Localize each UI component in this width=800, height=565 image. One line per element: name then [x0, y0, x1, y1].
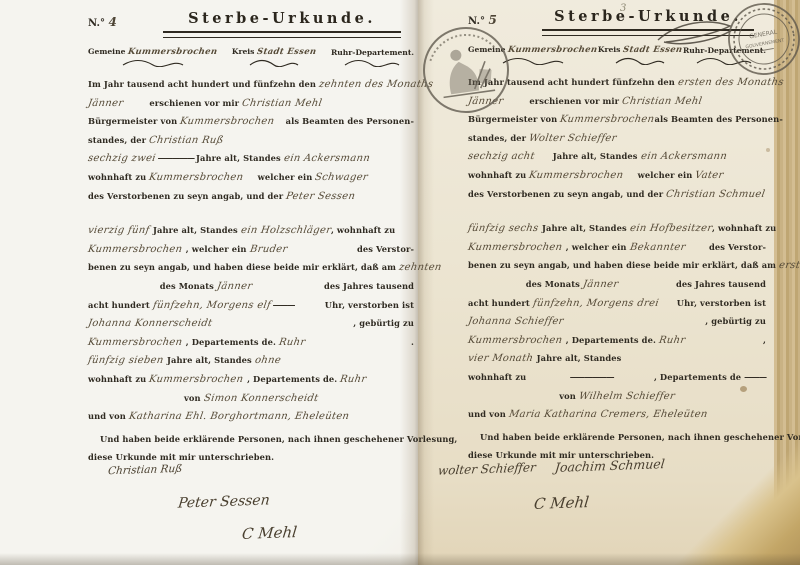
handwritten-entry: Ruhr — [658, 335, 686, 346]
form-line: Kummersbrochen , Departements de. Ruhr, — [468, 335, 766, 354]
squiggle-ornament — [248, 59, 300, 67]
handwritten-entry: ein Ackersmann — [283, 153, 371, 164]
blank-rule: ——— — [744, 372, 766, 382]
printed-text: und von — [468, 409, 509, 419]
form-line: benen zu seyn angab, und haben diese bei… — [88, 262, 414, 281]
handwritten-entry: sechzig acht — [467, 151, 536, 162]
form-line: des Monats Jännerdes Jahres tausend — [468, 279, 766, 298]
printed-text: als Beamten des Personen- — [286, 116, 414, 126]
blank-rule: ——— — [271, 300, 297, 310]
handwritten-entry: ein Ackersmann — [640, 151, 728, 162]
handwritten-entry: Wilhelm Schieffer — [578, 391, 676, 402]
right-page-content: N.° 5 Sterbe-Urkunde. Gemeine Kummersbro… — [468, 8, 766, 469]
handwritten-entry: Bekannter — [629, 242, 686, 253]
handwritten-entry: fünfzig sieben — [87, 355, 168, 366]
printed-text: welcher ein — [258, 172, 316, 182]
handwritten-entry: Christian Mehl — [241, 98, 323, 109]
signature-mayor: C Mehl — [533, 493, 590, 513]
printed-text: des Jahres tausend — [324, 281, 414, 291]
form-line: von Simon Konnerscheidt — [88, 393, 414, 412]
corner-page-number: 3 — [620, 3, 626, 14]
form-line: Kummersbrochen , welcher ein Bekannterde… — [468, 242, 766, 261]
form-line: fünfzig sechs Jahre alt, Standes ein Hof… — [468, 223, 766, 242]
form-line: standes, der Wolter Schieffer — [468, 133, 766, 152]
form-line: und von Katharina Ehl. Borghortmann, Ehe… — [88, 411, 414, 430]
form-line: standes, der Christian Ruß — [88, 135, 414, 154]
handwritten-entry: zehnten — [398, 262, 442, 273]
handwritten-entry: vier Monath — [467, 353, 537, 364]
handwritten-entry: Jänner — [87, 98, 124, 109]
handwritten-entry: Kummersbrochen — [559, 114, 655, 125]
printed-text: acht hundert — [468, 298, 533, 308]
handwritten-entry: sechzig zwei — [87, 153, 156, 164]
printed-text: des Monats — [160, 281, 217, 291]
form-line: Kummersbrochen , welcher ein Bruderdes V… — [88, 244, 414, 263]
printed-text: wohnhaft zu — [468, 372, 529, 382]
handwritten-entry: Christian Ruß — [148, 135, 224, 146]
printed-text: Jahre alt, Standes — [153, 225, 241, 235]
printed-text: , Departements de. — [186, 337, 279, 347]
form-line: Im Jahr tausend acht hundert und fünfzeh… — [88, 79, 414, 98]
kreis-label: Kreis — [232, 47, 255, 56]
form-line: wohnhaft zu ——————, Departements de ——— — [468, 372, 766, 391]
printed-text: des Verstorbenen zu seyn angab, und der — [88, 191, 286, 201]
handwritten-entry: Schwager — [314, 172, 369, 183]
gemeine-field: Gemeine Kummersbrochen — [88, 47, 217, 67]
gemeine-value: Kummersbrochen — [507, 45, 598, 55]
form-line: und von Maria Katharina Cremers, Eheleüt… — [468, 409, 766, 428]
signature-declarant-2: Peter Sessen — [177, 492, 270, 511]
handwritten-entry: Kummersbrochen — [87, 244, 187, 255]
handwritten-entry: Ruhr — [339, 374, 367, 385]
handwritten-entry: Peter Sessen — [285, 191, 356, 202]
printed-text: welcher ein — [638, 170, 696, 180]
printed-text: wohnhaft zu — [88, 374, 149, 384]
printed-text: von — [184, 393, 204, 403]
printed-text: Jahre alt, Standes — [196, 153, 284, 163]
form-line: wohnhaft zu Kummersbrochenwelcher ein Va… — [468, 170, 766, 189]
handwritten-entry: fünfzehn, Morgens elf — [152, 300, 272, 311]
form-line: Bürgermeister von Kummersbrochenals Beam… — [468, 114, 766, 133]
printed-text: , welcher ein — [186, 244, 250, 254]
form-line: wohnhaft zu Kummersbrochenwelcher ein Sc… — [88, 172, 414, 191]
title-rule — [163, 31, 401, 38]
certificate-number: N.° 4 — [88, 10, 150, 29]
page-title: Sterbe-Urkunde. — [150, 10, 414, 27]
printed-text: , gebürtig zu — [353, 318, 414, 328]
form-body: Im Jahr tausend acht hundert fünfzehn de… — [468, 77, 766, 469]
commune-line: Gemeine Kummersbrochen Kreis Stadt Essen… — [88, 47, 414, 67]
form-line: von Wilhelm Schieffer — [468, 391, 766, 410]
handwritten-entry: fünfzehn, Morgens drei — [532, 298, 659, 309]
printed-text: , Departements de — [654, 372, 744, 382]
form-line: Im Jahr tausend acht hundert fünfzehn de… — [468, 77, 766, 96]
form-line: sechzig achtJahre alt, Standes ein Acker… — [468, 151, 766, 170]
printed-text: des Jahres tausend — [676, 279, 766, 289]
book-photo: N.° 4 Sterbe-Urkunde. Gemeine Kummersbro… — [0, 0, 800, 565]
handwritten-entry: Simon Konnerscheidt — [203, 393, 319, 404]
printed-text: von — [559, 391, 579, 401]
printed-text: Jahre alt, Standes — [167, 355, 255, 365]
blank-rule: —————— — [570, 372, 614, 382]
form-line: fünfzig sieben Jahre alt, Standes ohne — [88, 355, 414, 374]
handwritten-entry: Kummersbrochen — [87, 337, 187, 348]
handwritten-entry: Katharina Ehl. Borghortmann, Eheleüten — [128, 411, 350, 422]
form-line: benen zu seyn angab, und haben diese bei… — [468, 260, 766, 279]
form-line: sechzig zwei ————— Jahre alt, Standes ei… — [88, 153, 414, 172]
printed-text: benen zu seyn angab, und haben diese bei… — [88, 262, 399, 272]
printed-text: Uhr, verstorben ist — [325, 300, 414, 310]
printed-text: benen zu seyn angab, und haben diese bei… — [468, 260, 779, 270]
printed-text: Und haben beide erklärende Personen, nac… — [100, 434, 457, 444]
handwritten-entry: Ruhr — [278, 337, 306, 348]
printed-text: als Beamten des Personen- — [655, 114, 783, 124]
form-line: Jännererschienen vor mir Christian Mehl — [468, 96, 766, 115]
printed-text: Jahre alt, Standes — [553, 151, 641, 161]
form-line: des Monats Jännerdes Jahres tausend — [88, 281, 414, 300]
printed-text: wohnhaft zu — [88, 172, 149, 182]
printed-text: wohnhaft zu — [468, 170, 529, 180]
handwritten-entry: Johanna Schieffer — [467, 316, 564, 327]
form-line: des Verstorbenen zu seyn angab, und der … — [468, 189, 766, 208]
handwritten-entry: ein Hofbesitzer — [629, 223, 713, 234]
handwritten-entry: Kummersbrochen — [148, 172, 244, 183]
printed-text: , Departements de. — [247, 374, 340, 384]
printed-text: , welcher ein — [566, 242, 630, 252]
handwritten-entry: ein Holzschläger — [240, 225, 332, 236]
form-line: vierzig fünf Jahre alt, Standes ein Holz… — [88, 225, 414, 244]
handwritten-entry: Wolter Schieffer — [528, 133, 617, 144]
squiggle-ornament — [121, 59, 185, 67]
squiggle-ornament — [343, 59, 401, 67]
printed-text: , — [763, 335, 766, 345]
form-line: Kummersbrochen , Departements de. Ruhr. — [88, 337, 414, 356]
handwritten-entry: fünfzig sechs — [467, 223, 543, 234]
signature-mayor: C Mehl — [241, 523, 298, 543]
form-line: Und haben beide erklärende Personen, nac… — [468, 432, 766, 451]
ink-speck — [766, 148, 770, 152]
handwritten-entry: Kummersbrochen — [467, 335, 567, 346]
form-line: des Verstorbenen zu seyn angab, und der … — [88, 191, 414, 210]
squiggle-ornament — [614, 57, 666, 65]
departement-field: Ruhr-Departement. — [331, 48, 414, 67]
printed-text: des Verstorbenen zu seyn angab, und der — [468, 189, 666, 199]
printed-text: diese Urkunde mit mir unterschrieben. — [88, 452, 274, 462]
form-line: Jännererschienen vor mir Christian Mehl — [88, 98, 414, 117]
printed-text: des Verstor- — [709, 242, 766, 252]
handwritten-entry: ersten des Monaths — [677, 77, 784, 88]
kreis-value: Stadt Essen — [256, 47, 317, 57]
handwritten-entry: Maria Katharina Cremers, Eheleüten — [508, 409, 708, 420]
printed-text: Jahre alt, Standes — [542, 223, 630, 233]
printed-text: , wohnhaft zu — [712, 223, 776, 233]
printed-text: Im Jahr tausend acht hundert und fünfzeh… — [88, 79, 319, 89]
departement-label: Ruhr-Departement. — [331, 48, 414, 57]
handwritten-entry: Bruder — [249, 244, 288, 255]
form-line: wohnhaft zu Kummersbrochen , Departement… — [88, 374, 414, 393]
left-page-content: N.° 4 Sterbe-Urkunde. Gemeine Kummersbro… — [88, 10, 414, 471]
handwritten-entry: Jänner — [582, 279, 619, 290]
printed-text: Bürgermeister von — [88, 116, 180, 126]
gemeine-value: Kummersbrochen — [127, 47, 218, 57]
form-line: Und haben beide erklärende Personen, nac… — [88, 434, 414, 453]
handwritten-entry: Christian Schmuel — [665, 189, 766, 200]
title-block: Sterbe-Urkunde. — [150, 10, 414, 38]
handwritten-entry: Kummersbrochen — [528, 170, 624, 181]
form-line: Johanna Schieffer, gebürtig zu — [468, 316, 766, 335]
gemeine-label: Gemeine — [88, 47, 125, 56]
printed-text: des Monats — [526, 279, 583, 289]
handwritten-entry: Jänner — [216, 281, 253, 292]
printed-text: standes, der — [88, 135, 149, 145]
printed-text: Uhr, verstorben ist — [677, 298, 766, 308]
printed-text: , wohnhaft zu — [331, 225, 395, 235]
blank-rule: ————— — [156, 153, 196, 163]
handwritten-entry: Kummersbrochen — [179, 116, 275, 127]
printed-text: acht hundert — [88, 300, 153, 310]
form-line: acht hundert fünfzehn, Morgens elf ——— U… — [88, 300, 414, 319]
handwritten-entry: ohne — [254, 355, 282, 366]
handwritten-entry: Kummersbrochen — [467, 242, 567, 253]
printed-text: , Departements de. — [566, 335, 659, 345]
printed-text: und von — [88, 411, 129, 421]
form-body: Im Jahr tausend acht hundert und fünfzeh… — [88, 79, 414, 471]
stamp-text-line1: GENERAL — [749, 29, 779, 41]
kreis-label: Kreis — [598, 45, 621, 54]
printed-text: erschienen vor mir — [529, 96, 622, 106]
handwritten-entry: Kummersbrochen — [148, 374, 248, 385]
printed-text: standes, der — [468, 133, 529, 143]
handwritten-entry: Vater — [694, 170, 724, 181]
printed-text: . — [411, 337, 414, 347]
form-line: Bürgermeister von Kummersbrochenals Beam… — [88, 116, 414, 135]
number-label: N.° — [88, 18, 105, 29]
form-line: vier Monath Jahre alt, Standes — [468, 353, 766, 372]
communal-seal-stamp — [420, 24, 512, 116]
general-gouvernement-stamp: GENERAL GOUVERNEMENT — [726, 0, 800, 78]
printed-text: Jahre alt, Standes — [537, 353, 622, 363]
printed-text: des Verstor- — [357, 244, 414, 254]
form-line: acht hundert fünfzehn, Morgens dreiUhr, … — [468, 298, 766, 317]
handwritten-entry: zehnten des Monaths — [318, 79, 434, 90]
printed-text: erschienen vor mir — [149, 98, 242, 108]
handwritten-entry: Johanna Konnerscheidt — [87, 318, 213, 329]
left-header: N.° 4 Sterbe-Urkunde. — [88, 10, 414, 38]
bottom-shadow — [0, 553, 800, 565]
handwritten-entry: vierzig fünf — [87, 225, 154, 236]
number-value: 4 — [108, 15, 116, 29]
kreis-field: Kreis Stadt Essen — [232, 47, 317, 67]
printed-text: , gebürtig zu — [705, 316, 766, 326]
printed-text: Und haben beide erklärende Personen, nac… — [480, 432, 800, 442]
handwritten-entry: Christian Mehl — [621, 96, 703, 107]
handwritten-entry: ersten — [778, 260, 800, 271]
form-line: Johanna Konnerscheidt, gebürtig zu — [88, 318, 414, 337]
